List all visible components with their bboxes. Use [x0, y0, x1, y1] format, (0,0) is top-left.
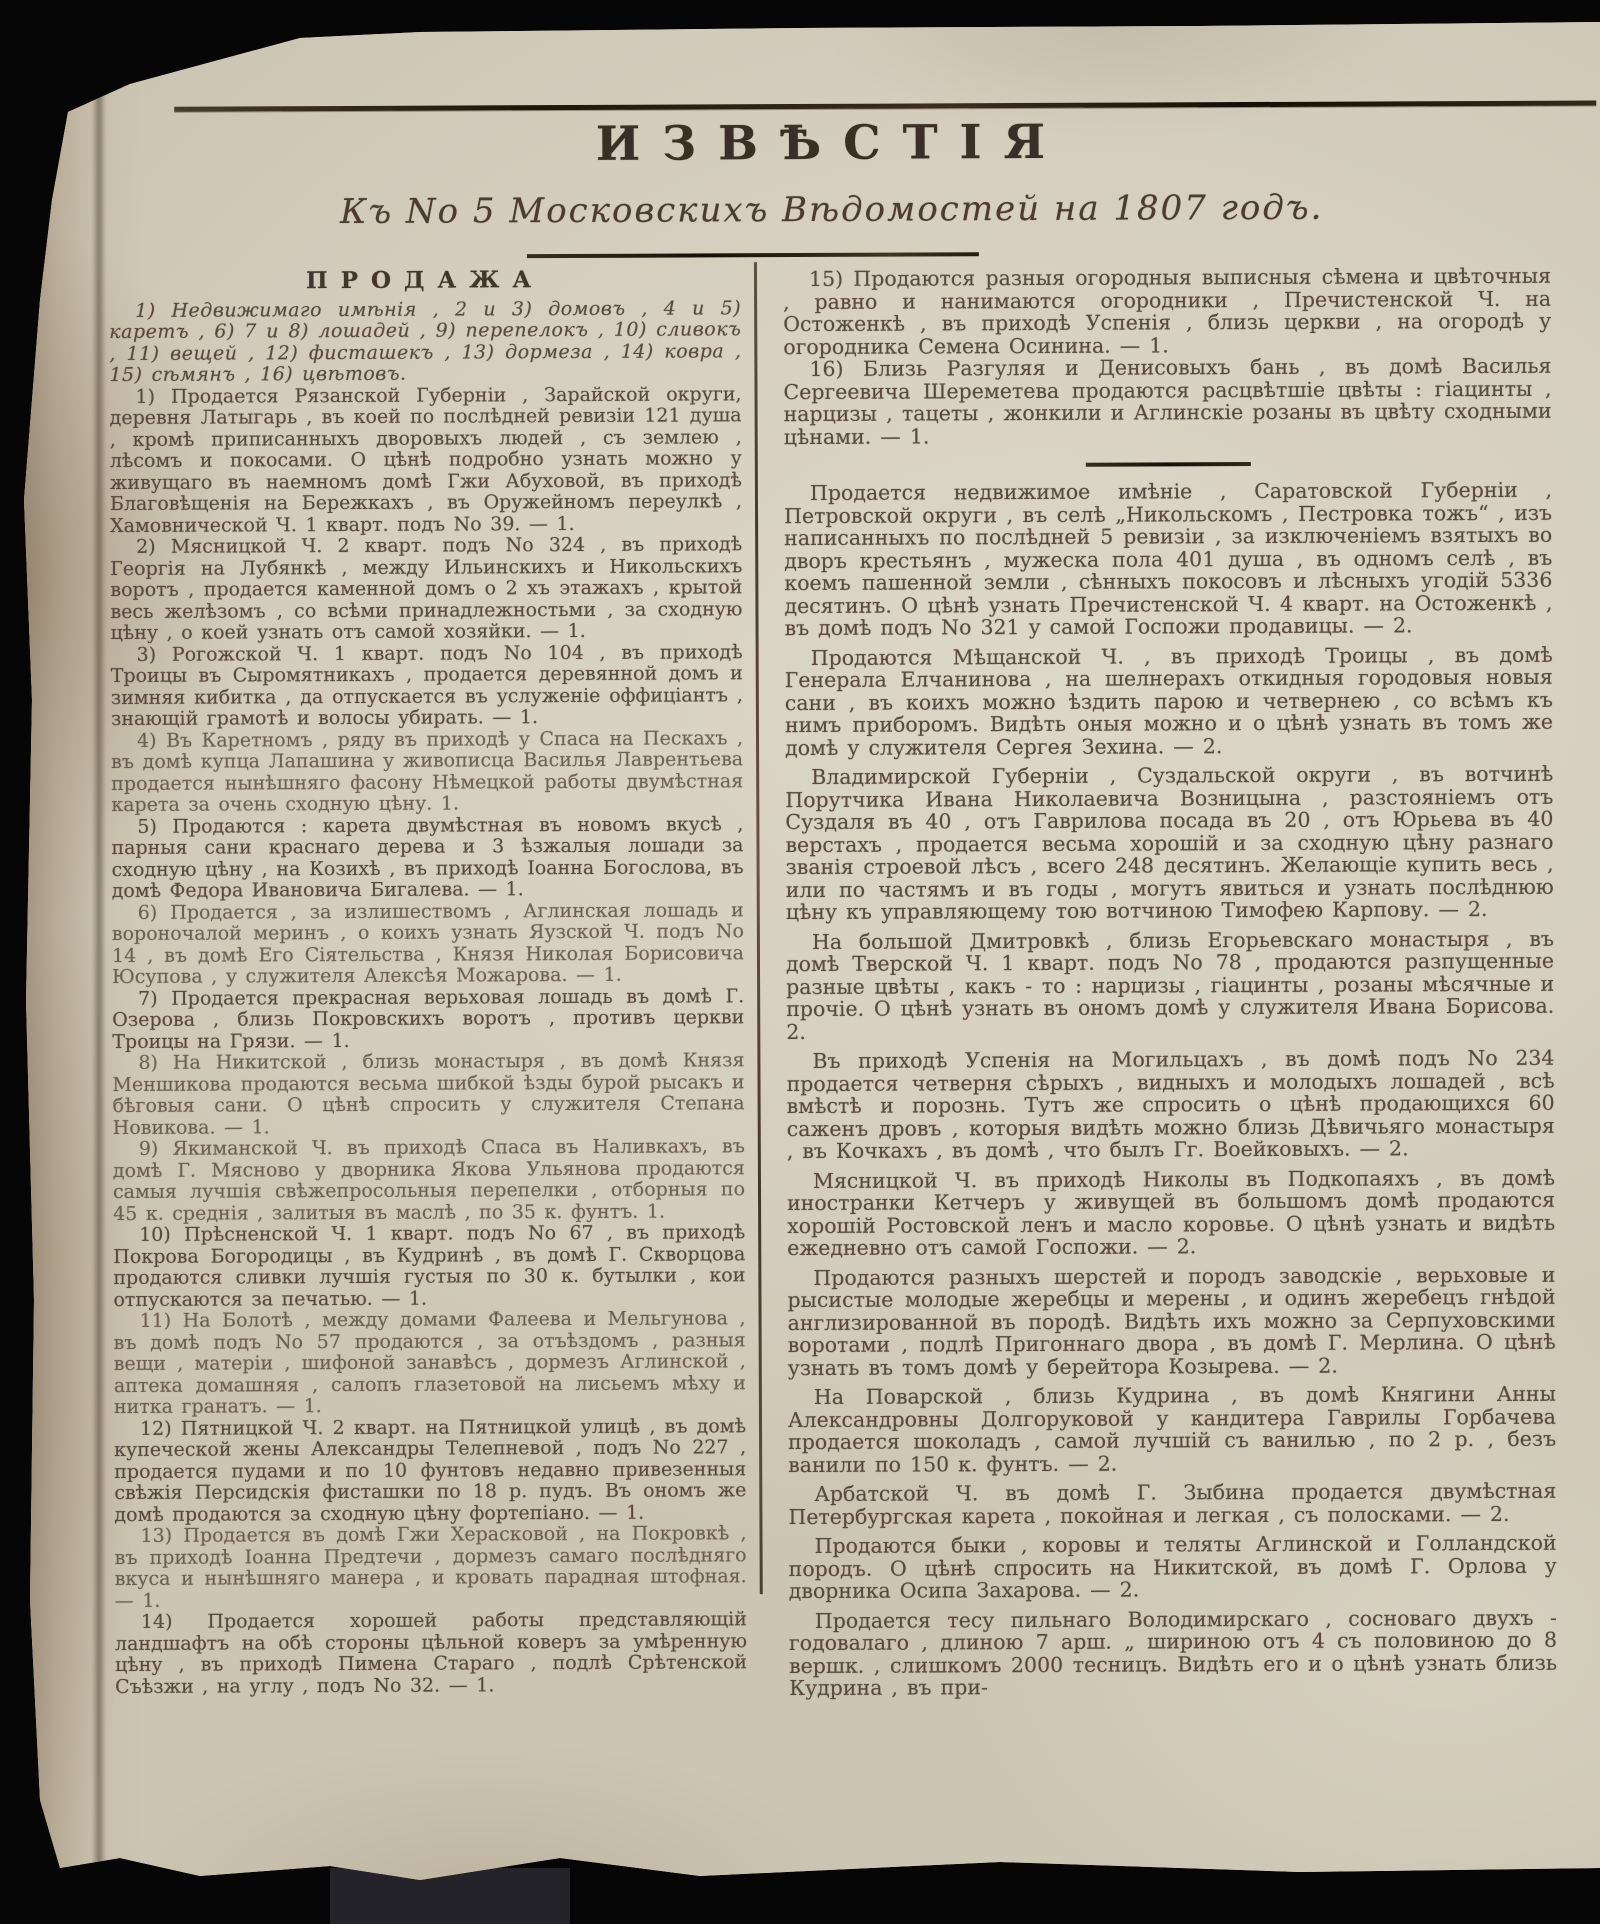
masthead-rule	[174, 101, 1596, 112]
ad-item-16: 16) Близь Разгуляя и Денисовыхъ бань , в…	[783, 355, 1551, 448]
ad-item-3: 3) Рогожской Ч. 1 кварт. подъ No 104 , в…	[111, 642, 743, 731]
ad-item-9: 9) Якиманской Ч. въ приходѣ Спаса въ Нал…	[113, 1136, 745, 1225]
scanner-background-shape	[330, 1868, 570, 1924]
ad-item-1: 1) Продается Рязанской Губерніи , Зарайс…	[109, 384, 742, 537]
ad-item-12: 12) Пятницкой Ч. 2 кварт. на Пятницкой у…	[114, 1416, 746, 1526]
section-title: ПРОДАЖА	[109, 268, 741, 292]
ad-item-4: 4) Въ Каретномъ , ряду въ приходѣ у Спас…	[111, 728, 743, 817]
ad-timber-voznitsyn: Владимирской Губерніи , Суздальской окру…	[785, 763, 1554, 924]
ad-item-7: 7) Продается прекрасная верьховая лошадь…	[112, 986, 744, 1053]
header-divider-rule	[527, 252, 979, 258]
masthead-dateline: Къ No 5 Московскихъ Вѣдомостей на 1807 г…	[107, 187, 1557, 233]
ad-item-11: 11) На Болотѣ , между домами Фалеева и М…	[114, 1308, 746, 1418]
ad-boards-kudrino: Продается тесу пильнаго Володимирскаго ,…	[789, 1606, 1557, 1699]
left-column: ПРОДАЖА 1) Недвижимаго имѣнія , 2 и 3) д…	[109, 268, 747, 1698]
ad-flowers-dmitrovka: На большой Дмитровкѣ , близь Егорьевскаг…	[786, 927, 1554, 1043]
ad-stallions-merlin: Продаются разныхъ шерстей и породъ завод…	[787, 1263, 1555, 1379]
ad-flax-ketcher: Мясницкой Ч. въ приходѣ Николы въ Подкоп…	[787, 1166, 1555, 1259]
column-rule	[754, 262, 763, 1594]
ad-item-2: 2) Мясницкой Ч. 2 кварт. подъ No 324 , в…	[110, 534, 742, 644]
ad-item-10: 10) Прѣсненской Ч. 1 кварт. подъ No 67 ,…	[113, 1222, 745, 1311]
ad-sleighs-elchaninov: Продаются Мѣщанской Ч. , въ приходѣ Трои…	[785, 643, 1553, 759]
ad-item-5: 5) Продаются : карета двумѣстная въ ново…	[111, 814, 743, 903]
ad-horses-mogiltsy: Въ приходѣ Успенія на Могильцахъ , въ до…	[786, 1047, 1554, 1163]
sale-index: 1) Недвижимаго имѣнія , 2 и 3) домовъ , …	[109, 298, 741, 387]
ad-carriage-zybin: Арбатской Ч. въ домѣ Г. Зыбина продается…	[788, 1480, 1556, 1528]
ad-chocolate-gorbachev: На Поварской , близь Кудрина , въ домѣ К…	[788, 1383, 1556, 1476]
ad-estate-nikolskoe: Продается недвижимое имѣніе , Саратовско…	[784, 479, 1553, 640]
subsection-divider-rule	[1085, 462, 1250, 467]
ad-item-8: 8) На Никитской , близь монастыря , въ д…	[112, 1050, 744, 1139]
right-column: 15) Продаются разныя огородныя выписныя …	[783, 265, 1557, 1700]
ad-item-6: 6) Продается , за излишествомъ , Аглинск…	[112, 900, 744, 989]
ad-item-14: 14) Продается хорошей работы представляю…	[115, 1609, 747, 1698]
ad-item-13: 13) Продается въ домѣ Гжи Херасковой , н…	[114, 1523, 746, 1612]
page-content: ИЗВѢСТІЯ Къ No 5 Московскихъ Вѣдомостей …	[0, 0, 1600, 1924]
masthead-title: ИЗВѢСТІЯ	[106, 113, 1556, 174]
photo-background: ИЗВѢСТІЯ Къ No 5 Московскихъ Вѣдомостей …	[0, 0, 1600, 1924]
newspaper-page: ИЗВѢСТІЯ Къ No 5 Московскихъ Вѣдомостей …	[0, 0, 1600, 1924]
ad-item-15: 15) Продаются разныя огородныя выписныя …	[783, 265, 1551, 358]
ad-cattle-orlov: Продаются быки , коровы и теляты Аглинск…	[789, 1532, 1557, 1603]
